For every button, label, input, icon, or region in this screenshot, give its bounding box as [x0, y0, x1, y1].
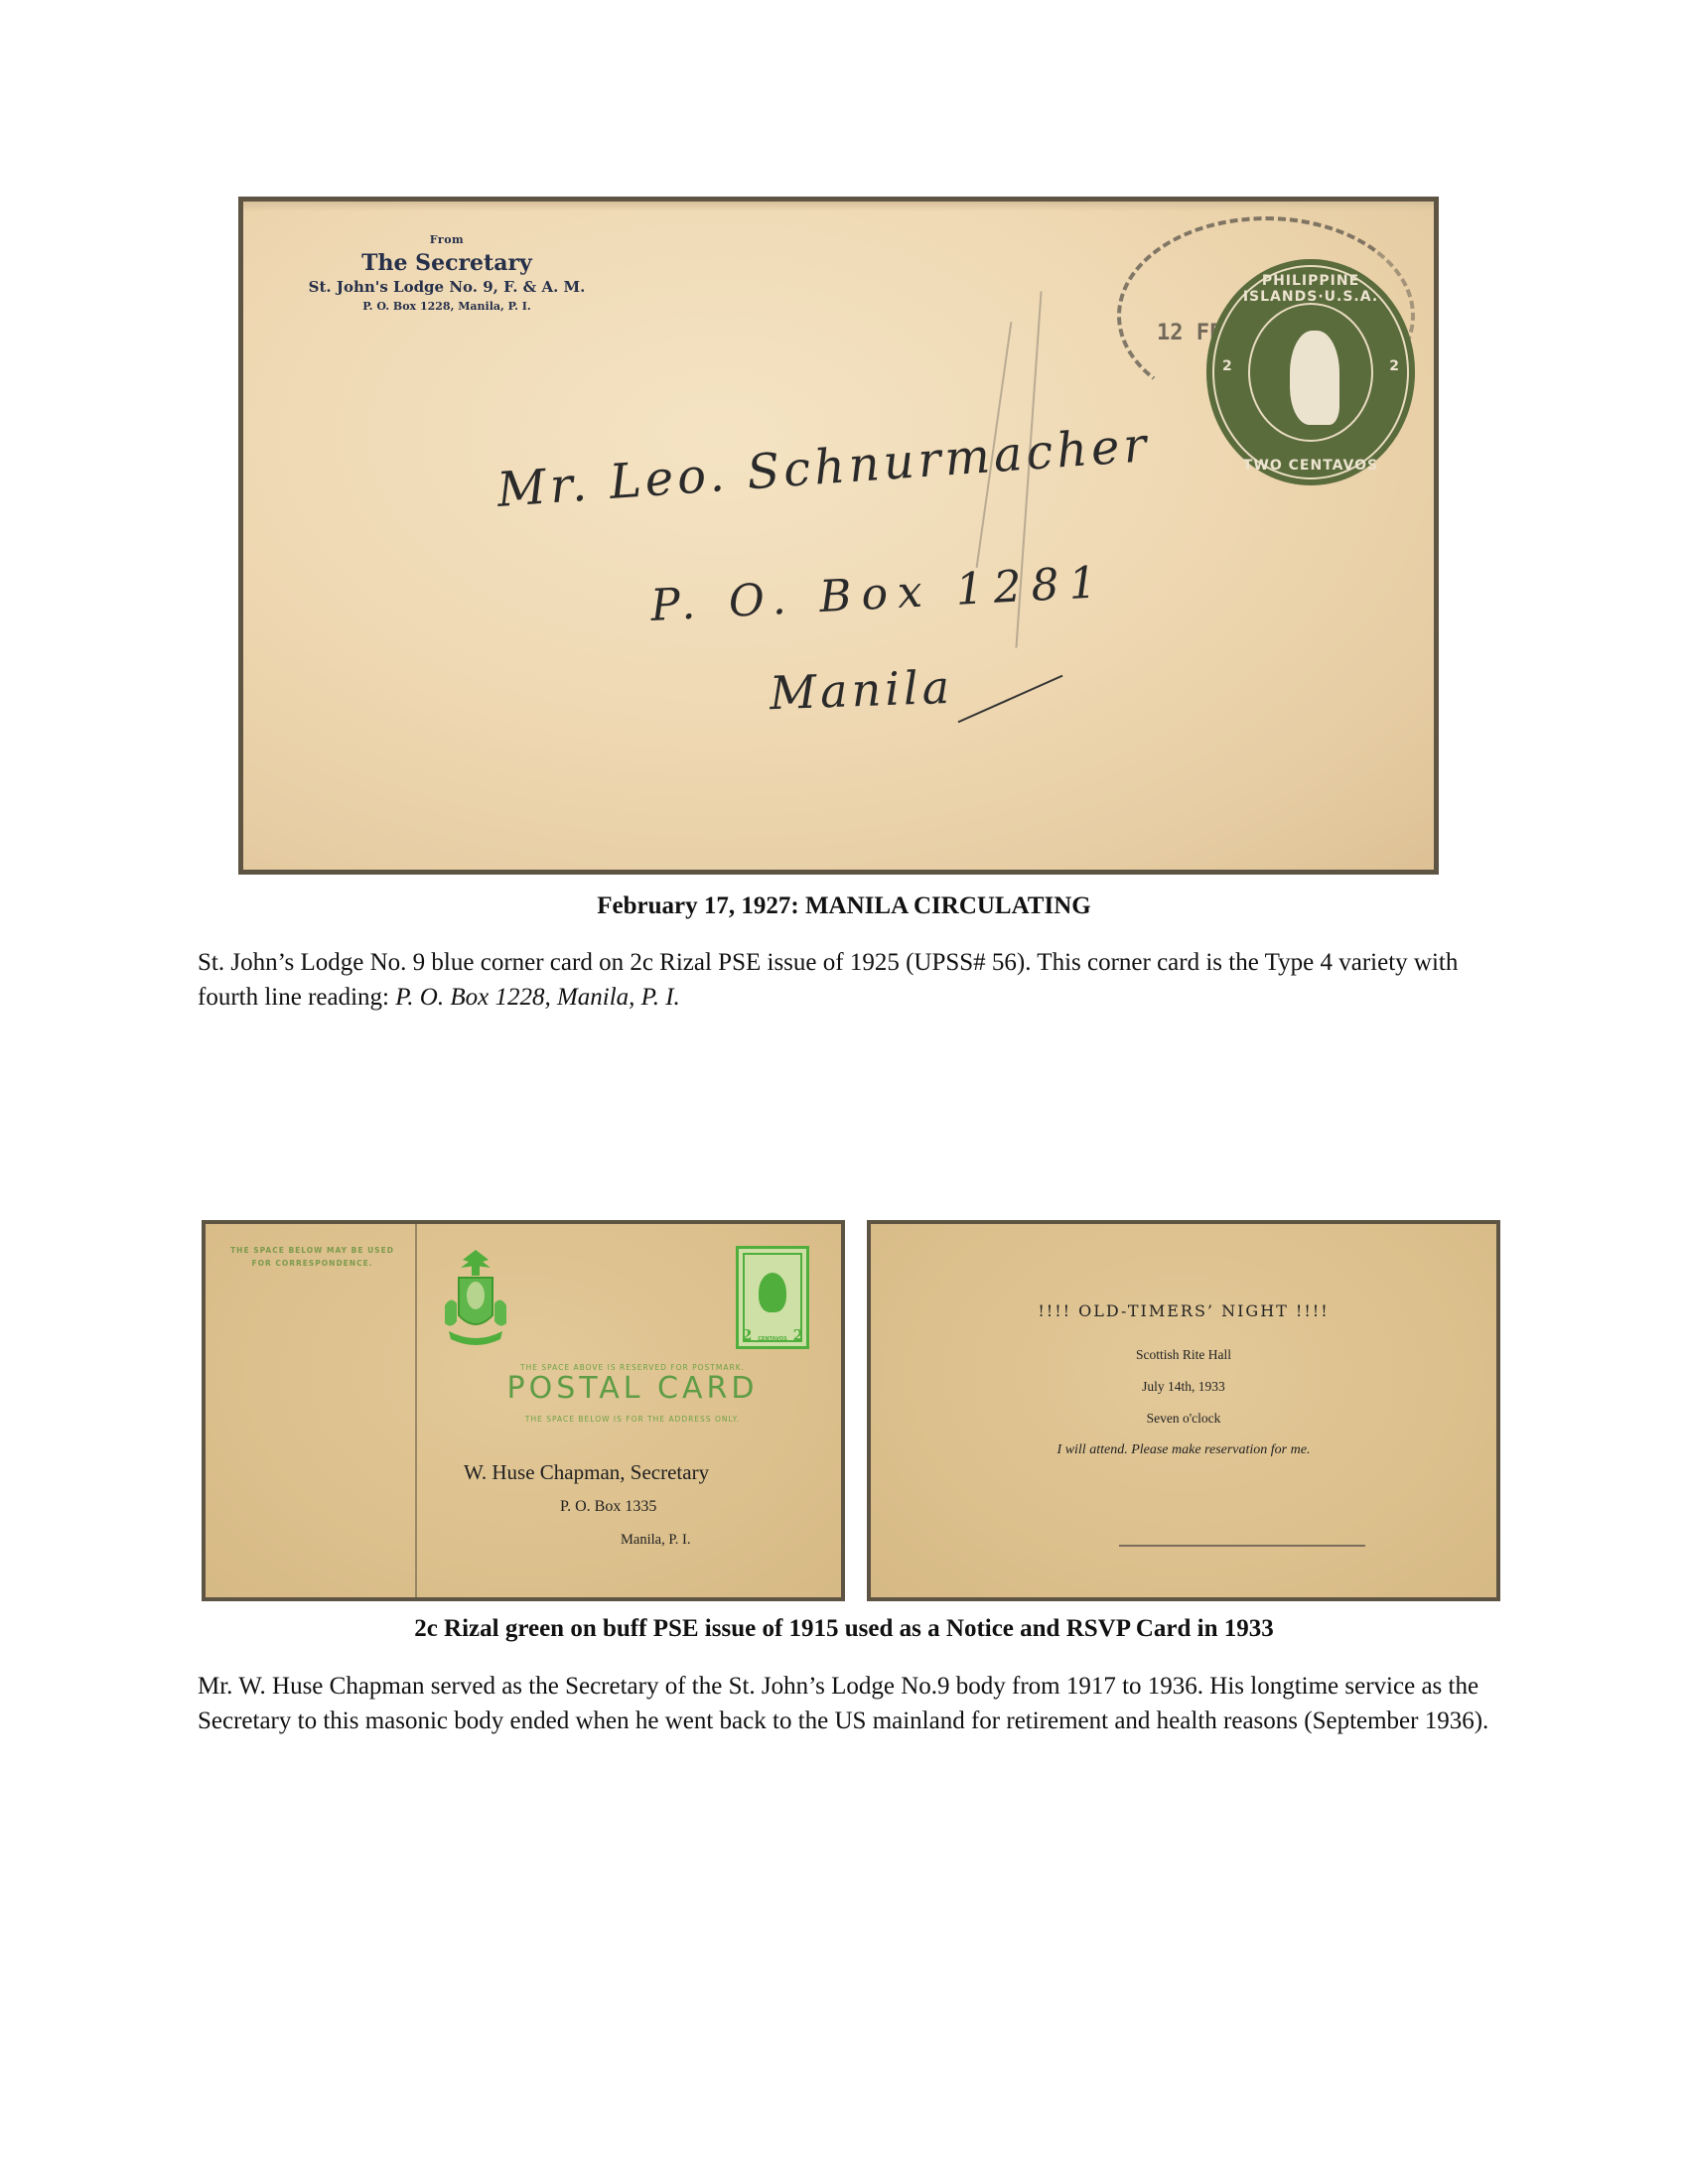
reserved-address-note: THE SPACE BELOW IS FOR THE ADDRESS ONLY.	[419, 1415, 845, 1424]
addressee-box: P. O. Box 1335	[560, 1498, 656, 1516]
corner-card-lodge: St. John's Lodge No. 9, F. & A. M.	[283, 278, 611, 296]
exhibit-1-description-italic: P. O. Box 1228, Manila, P. I.	[395, 984, 680, 1011]
notice-date: July 14th, 1933	[871, 1379, 1496, 1395]
stamp-label: CENTAVOS	[757, 1336, 788, 1342]
address-flourish	[958, 675, 1063, 724]
notice-time: Seven o'clock	[871, 1411, 1496, 1427]
notice-venue: Scottish Rite Hall	[871, 1347, 1496, 1363]
exhibit-2-caption: 2c Rizal green on buff PSE issue of 1915…	[0, 1615, 1688, 1643]
exhibit-2-description: Mr. W. Huse Chapman served as the Secret…	[198, 1669, 1518, 1738]
postal-card-back: !!!! OLD-TIMERS’ NIGHT !!!! Scottish Rit…	[867, 1220, 1500, 1601]
indicium-value-left: 2	[1222, 358, 1232, 374]
stamp-value-right: 2	[793, 1326, 803, 1344]
corner-card-box: P. O. Box 1228, Manila, P. I.	[283, 300, 611, 313]
signature-line	[1119, 1545, 1365, 1547]
exhibit-1-caption: February 17, 1927: MANILA CIRCULATING	[0, 892, 1688, 920]
address-line-name: Mr. Leo. Schnurmacher	[495, 417, 1152, 518]
indicium-value-right: 2	[1389, 358, 1399, 374]
envelope-image: From The Secretary St. John's Lodge No. …	[238, 197, 1439, 875]
corner-card: From The Secretary St. John's Lodge No. …	[283, 233, 611, 313]
indicium-top-text: PHILIPPINE ISLANDS·U.S.A.	[1206, 273, 1415, 305]
rsvp-text: I will attend. Please make reservation f…	[871, 1442, 1496, 1458]
rizal-indicium-stamp: PHILIPPINE ISLANDS·U.S.A. 2 2 TWO CENTAV…	[1206, 259, 1415, 485]
corner-card-from: From	[283, 233, 611, 246]
correspondence-note-line-1: THE SPACE BELOW MAY BE USED	[215, 1244, 409, 1257]
exhibit-1-description: St. John’s Lodge No. 9 blue corner card …	[198, 945, 1518, 1015]
postal-card-front: THE SPACE BELOW MAY BE USED FOR CORRESPO…	[202, 1220, 845, 1601]
notice-title: !!!! OLD-TIMERS’ NIGHT !!!!	[871, 1301, 1496, 1320]
rizal-bust-icon	[1290, 331, 1339, 425]
indicium-bottom-text: TWO CENTAVOS	[1206, 458, 1415, 474]
correspondence-note: THE SPACE BELOW MAY BE USED FOR CORRESPO…	[215, 1244, 409, 1270]
card-divider	[415, 1224, 417, 1597]
addressee-city: Manila, P. I.	[621, 1532, 690, 1549]
philippine-crest-icon	[441, 1246, 510, 1355]
exhibit-1-description-text: St. John’s Lodge No. 9 blue corner card …	[198, 949, 1458, 1011]
correspondence-note-line-2: FOR CORRESPONDENCE.	[215, 1257, 409, 1270]
rizal-stamp: 2 CENTAVOS 2	[736, 1246, 809, 1349]
address-line-box: P. O. Box 1281	[649, 557, 1108, 631]
postal-card-title: POSTAL CARD	[419, 1371, 845, 1406]
indicium-oval	[1248, 303, 1373, 442]
rizal-portrait-icon	[759, 1273, 786, 1312]
stamp-value-left: 2	[742, 1326, 752, 1344]
envelope-stain	[243, 202, 1434, 211]
addressee-name: W. Huse Chapman, Secretary	[464, 1460, 709, 1485]
corner-card-title: The Secretary	[283, 250, 611, 276]
address-line-city: Manila	[769, 660, 954, 720]
